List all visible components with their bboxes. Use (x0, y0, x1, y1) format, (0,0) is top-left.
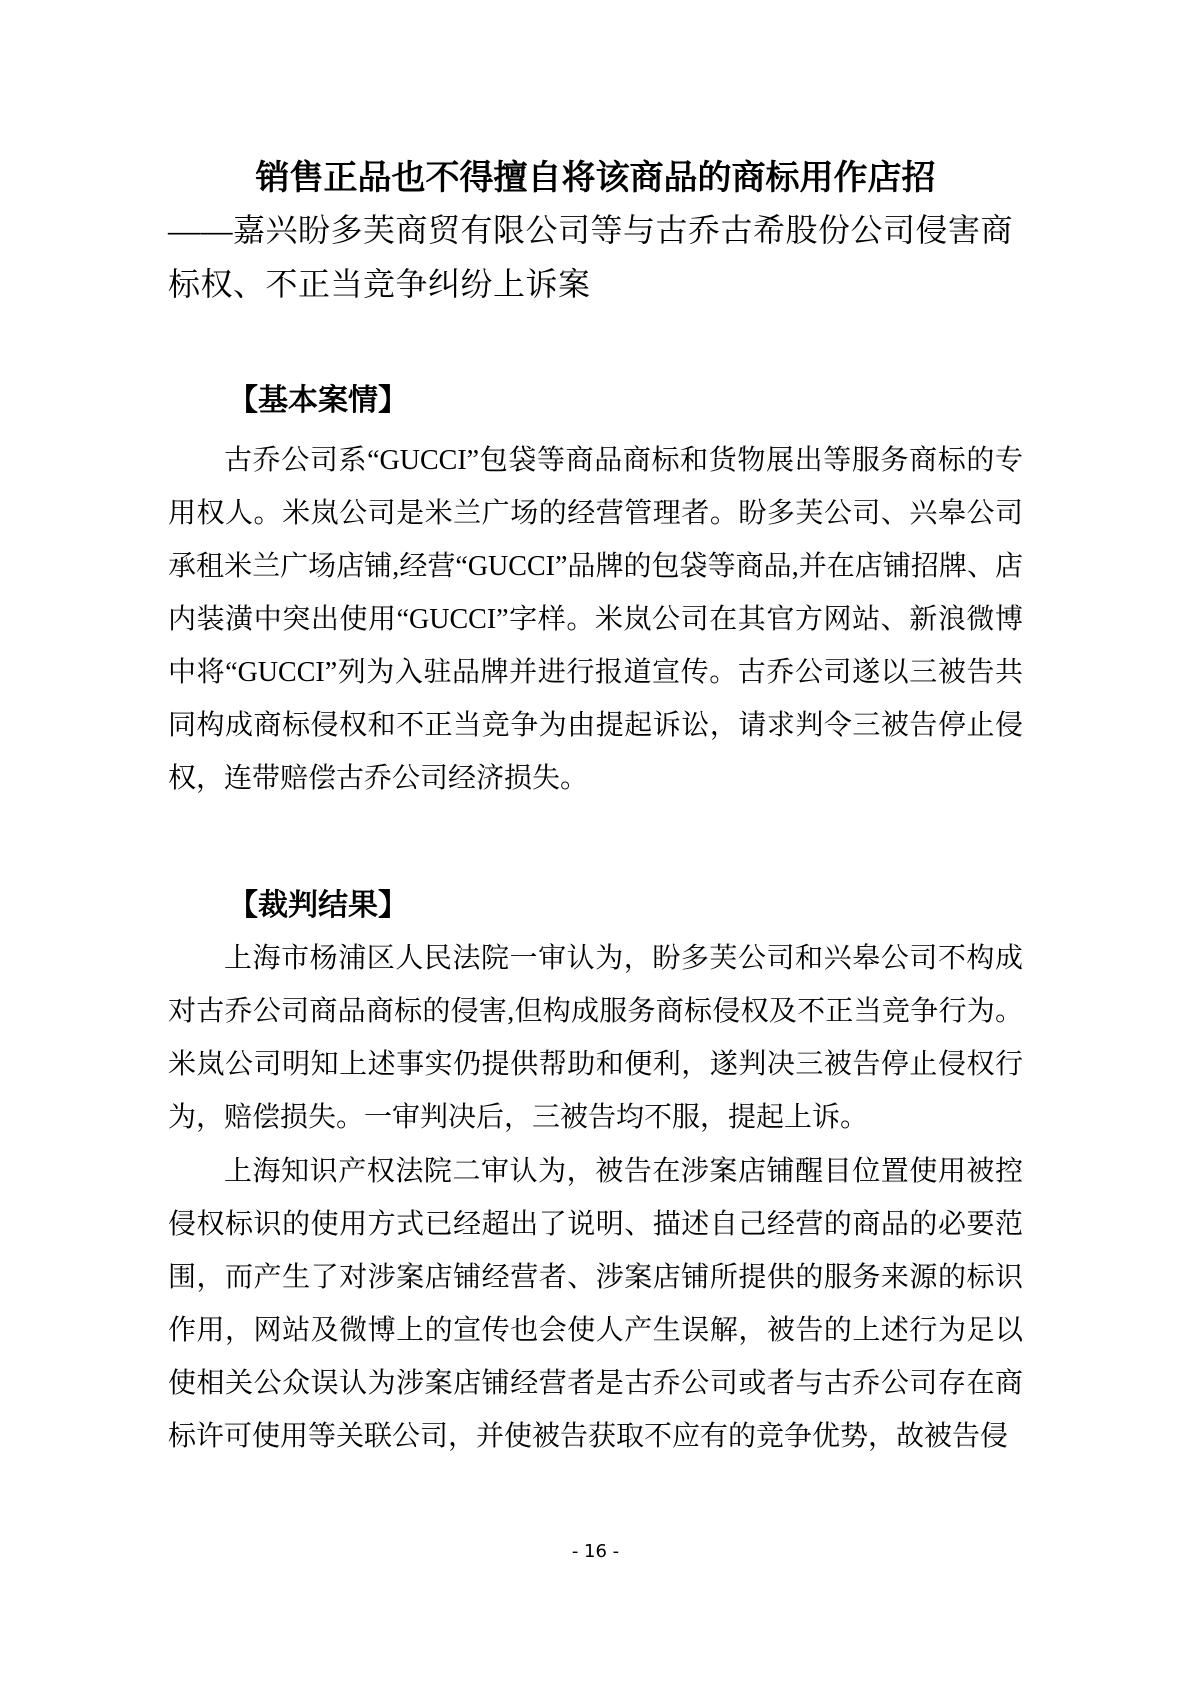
paragraph-judgment-first-instance: 上海市杨浦区人民法院一审认为，盼多芙公司和兴皋公司不构成对古乔公司商品商标的侵害… (168, 932, 1023, 1144)
document-page: 销售正品也不得擅自将该商品的商标用作店招 ——嘉兴盼多芙商贸有限公司等与古乔古希… (0, 0, 1191, 1684)
case-subtitle: ——嘉兴盼多芙商贸有限公司等与古乔古希股份公司侵害商标权、不正当竞争纠纷上诉案 (168, 203, 1023, 311)
paragraph-judgment-second-instance: 上海知识产权法院二审认为，被告在涉案店铺醒目位置使用被控侵权标识的使用方式已经超… (168, 1145, 1023, 1463)
section-heading-basic-facts: 【基本案情】 (168, 374, 1023, 427)
page-number: - 16 - (0, 1540, 1191, 1564)
page-content: 销售正品也不得擅自将该商品的商标用作店招 ——嘉兴盼多芙商贸有限公司等与古乔古希… (168, 0, 1023, 1463)
paragraph-basic-facts: 古乔公司系“GUCCI”包袋等商品商标和货物展出等服务商标的专用权人。米岚公司是… (168, 434, 1023, 805)
case-title: 销售正品也不得擅自将该商品的商标用作店招 (168, 153, 1023, 203)
section-heading-judgment: 【裁判结果】 (168, 879, 1023, 932)
